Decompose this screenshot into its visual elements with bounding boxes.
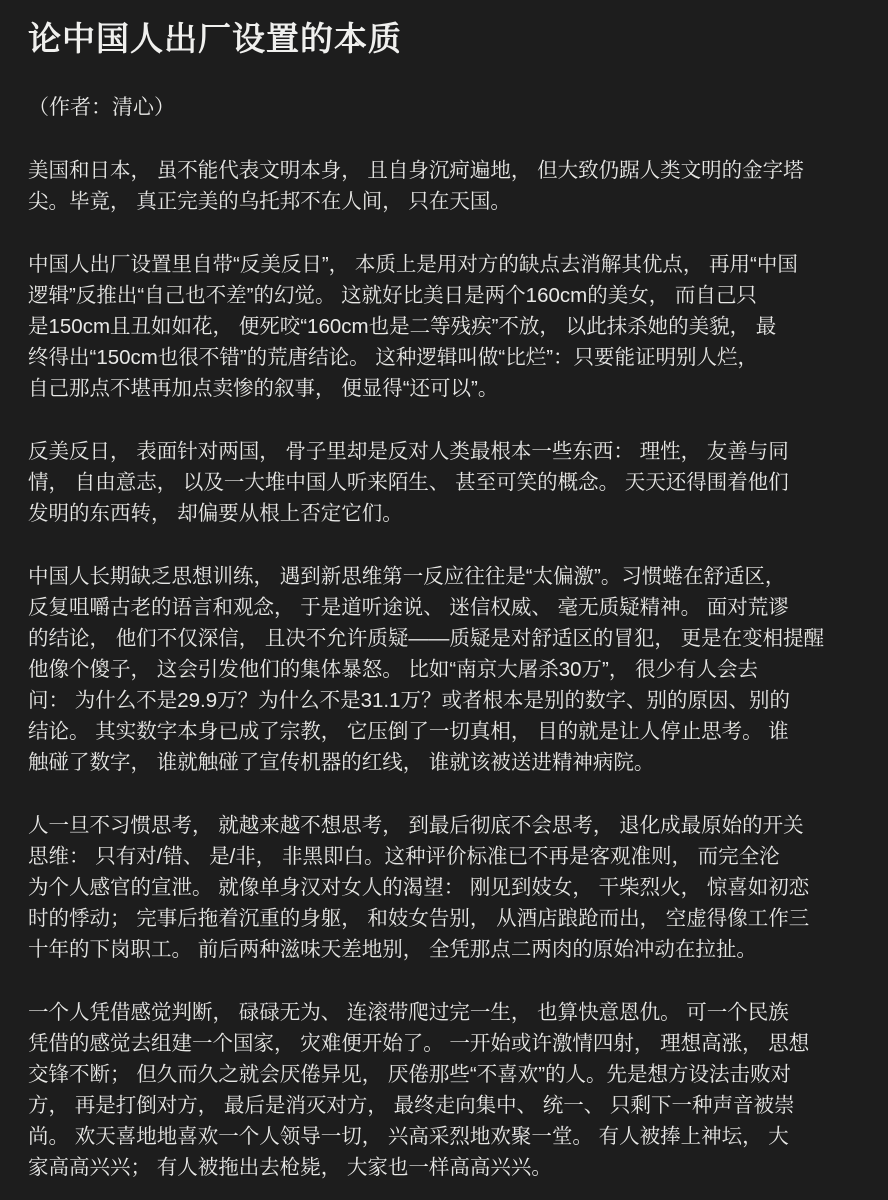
paragraph-4: 中国人长期缺乏思想训练， 遇到新思维第一反应往往是“太偏激”。习惯蜷在舒适区， … [28,561,862,778]
page-title: 论中国人出厂设置的本质 [28,16,862,62]
paragraph-5: 人一旦不习惯思考， 就越来越不想思考， 到最后彻底不会思考， 退化成最原始的开关… [28,810,862,965]
paragraph-2: 中国人出厂设置里自带“反美反日”， 本质上是用对方的缺点去消解其优点， 再用“中… [28,249,862,404]
article-page: 论中国人出厂设置的本质 （作者：清心） 美国和日本， 虽不能代表文明本身， 且自… [0,0,888,1200]
paragraph-1: 美国和日本， 虽不能代表文明本身， 且自身沉疴遍地， 但大致仍踞人类文明的金字塔… [28,155,862,217]
author-line: （作者：清心） [28,92,862,123]
paragraph-3: 反美反日， 表面针对两国， 骨子里却是反对人类最根本一些东西： 理性， 友善与同… [28,436,862,529]
paragraph-6: 一个人凭借感觉判断， 碌碌无为、 连滚带爬过完一生， 也算快意恩仇。 可一个民族… [28,997,862,1183]
